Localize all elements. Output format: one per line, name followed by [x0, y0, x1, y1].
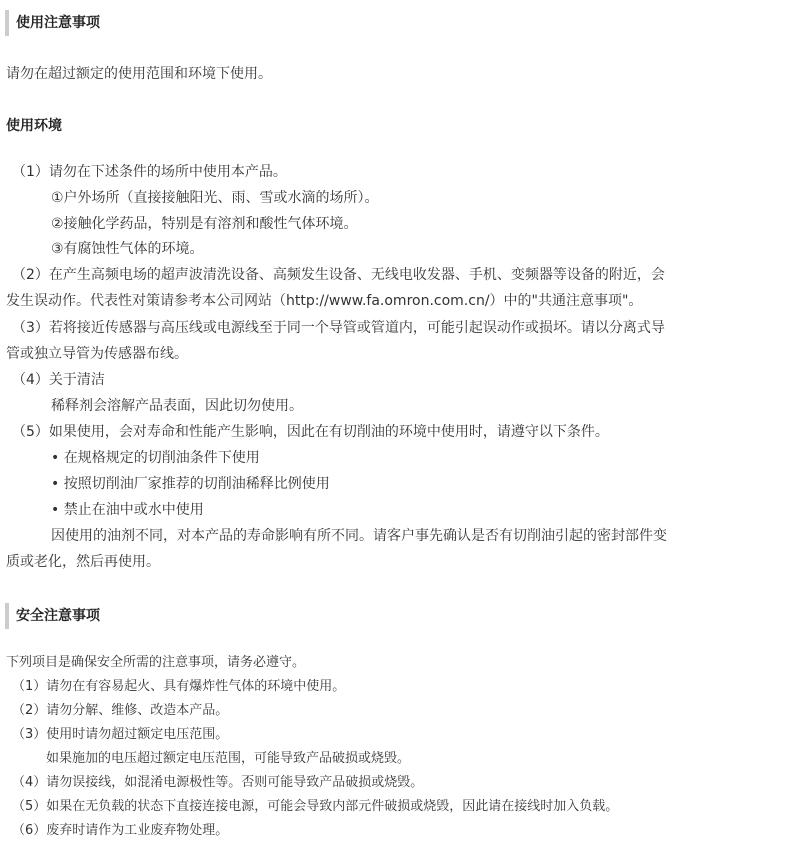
- list-item-continued: 管或独立导管为传感器布线。: [6, 344, 188, 364]
- list-item: （4）请勿误接线，如混淆电源极性等。否则可能导致产品破损或烧毁。: [12, 773, 423, 793]
- list-item: ①户外场所（直接接触阳光、雨、雪或水滴的场所）。: [51, 188, 379, 208]
- bullet-item: • 按照切削油厂家推荐的切削油稀释比例使用: [51, 474, 330, 494]
- list-item: （6）废弃时请作为工业废弃物处理。: [12, 821, 228, 841]
- bullet-item: • 在规格规定的切削油条件下使用: [51, 448, 260, 468]
- section-heading-safety-precautions: 安全注意事项: [5, 603, 100, 629]
- list-item: 如果施加的电压超过额定电压范围，可能导致产品破损或烧毁。: [46, 749, 410, 769]
- list-item: （1）请勿在有容易起火、具有爆炸性气体的环境中使用。: [12, 677, 345, 697]
- list-item-continued: 质或老化，然后再使用。: [6, 552, 160, 572]
- list-item: 稀释剂会溶解产品表面，因此切勿使用。: [51, 396, 303, 416]
- section-intro: 下列项目是确保安全所需的注意事项，请务必遵守。: [6, 653, 305, 673]
- section-heading-usage-precautions: 使用注意事项: [5, 10, 100, 36]
- list-item: （1）请勿在下述条件的场所中使用本产品。: [12, 162, 287, 182]
- list-item: （5）如果在无负载的状态下直接连接电源，可能会导致内部元件破损或烧毁，因此请在接…: [12, 797, 618, 817]
- bullet-item: • 禁止在油中或水中使用: [51, 500, 204, 520]
- subheading-environment: 使用环境: [6, 116, 62, 136]
- list-item: （4）关于清洁: [12, 370, 105, 390]
- list-item: （2）请勿分解、维修、改造本产品。: [12, 701, 228, 721]
- list-item: ②接触化学药品，特别是有溶剂和酸性气体环境。: [51, 214, 358, 234]
- list-item: （3）使用时请勿超过额定电压范围。: [12, 725, 228, 745]
- list-item: 因使用的油剂不同，对本产品的寿命影响有所不同。请客户事先确认是否有切削油引起的密…: [51, 526, 667, 546]
- list-item: （5）如果使用，会对寿命和性能产生影响，因此在有切削油的环境中使用时，请遵守以下…: [12, 422, 609, 442]
- section-intro: 请勿在超过额定的使用范围和环境下使用。: [6, 64, 272, 84]
- list-item: ③有腐蚀性气体的环境。: [51, 239, 204, 259]
- list-item: （2）在产生高频电场的超声波清洗设备、高频发生设备、无线电收发器、手机、变频器等…: [12, 265, 665, 285]
- list-item-continued: 发生误动作。代表性对策请参考本公司网站（http://www.fa.omron.…: [6, 291, 642, 311]
- list-item: （3）若将接近传感器与高压线或电源线至于同一个导管或管道内，可能引起误动作或损坏…: [12, 318, 665, 338]
